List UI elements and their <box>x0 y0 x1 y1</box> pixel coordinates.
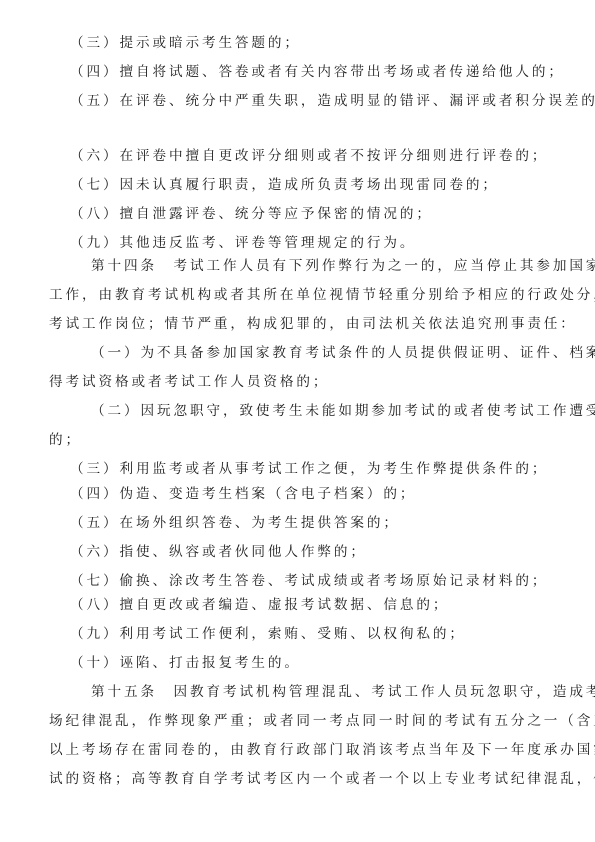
article-14-item-7: （七）偷换、涂改考生答卷、考试成绩或者考场原始记录材料的； <box>70 573 548 589</box>
article-14-body-line-2: 工作，由教育考试机构或者其所在单位视情节轻重分别给予相应的行政处分，并调离 <box>49 287 595 303</box>
document-page: （三）提示或暗示考生答题的； （四）擅自将试题、答卷或者有关内容带出考场或者传递… <box>0 0 595 842</box>
clause-item-5: （五）在评卷、统分中严重失职，造成明显的错评、漏评或者积分误差的； <box>70 93 595 109</box>
article-14-item-10: （十）诬陷、打击报复考生的。 <box>70 655 301 671</box>
article-14-item-2: （二）因玩忽职守，致使考生未能如期参加考试的或者使考试工作遭受重大损失 <box>91 403 595 419</box>
article-14-item-4: （四）伪造、变造考生档案（含电子档案）的； <box>70 486 416 502</box>
article-15-body-line-4: 试的资格；高等教育自学考试考区内一个或者一个以上专业考试纪律混乱，作弊现象 <box>49 771 595 787</box>
article-15-heading: 第十五条 因教育考试机构管理混乱、考试工作人员玩忽职守，造成考点或者考 <box>91 684 595 700</box>
article-14-item-2-cont: 的； <box>49 432 82 448</box>
article-14-item-5: （五）在场外组织答卷、为考生提供答案的； <box>70 515 400 531</box>
article-14-item-9: （九）利用考试工作便利，索贿、受贿、以权徇私的； <box>70 626 466 642</box>
clause-item-9: （九）其他违反监考、评卷等管理规定的行为。 <box>70 235 416 251</box>
article-14-item-3: （三）利用监考或者从事考试工作之便，为考生作弊提供条件的； <box>70 461 548 477</box>
article-14-body-line-3: 考试工作岗位；情节严重，构成犯罪的，由司法机关依法追究刑事责任： <box>49 316 577 332</box>
clause-item-8: （八）擅自泄露评卷、统分等应予保密的情况的； <box>70 206 433 222</box>
article-14-heading: 第十四条 考试工作人员有下列作弊行为之一的，应当停止其参加国家教育考试 <box>91 258 595 274</box>
article-15-body-line-2: 场纪律混乱，作弊现象严重；或者同一考点同一时间的考试有五分之一（含五分之一） <box>49 713 595 729</box>
article-14-item-1: （一）为不具备参加国家教育考试条件的人员提供假证明、证件、档案，使其取 <box>91 345 595 361</box>
article-14-item-6: （六）指使、纵容或者伙同他人作弊的； <box>70 544 367 560</box>
clause-item-7: （七）因未认真履行职责，造成所负责考场出现雷同卷的； <box>70 177 499 193</box>
clause-item-3: （三）提示或暗示考生答题的； <box>70 35 301 51</box>
clause-item-6: （六）在评卷中擅自更改评分细则或者不按评分细则进行评卷的； <box>70 148 548 164</box>
article-15-body-line-3: 以上考场存在雷同卷的，由教育行政部门取消该考点当年及下一年度承办国家教育考 <box>49 742 595 758</box>
article-14-item-1-cont: 得考试资格或者考试工作人员资格的； <box>49 374 329 390</box>
article-14-item-8: （八）擅自更改或者编造、虚报考试数据、信息的； <box>70 597 449 613</box>
clause-item-4: （四）擅自将试题、答卷或者有关内容带出考场或者传递给他人的； <box>70 64 565 80</box>
